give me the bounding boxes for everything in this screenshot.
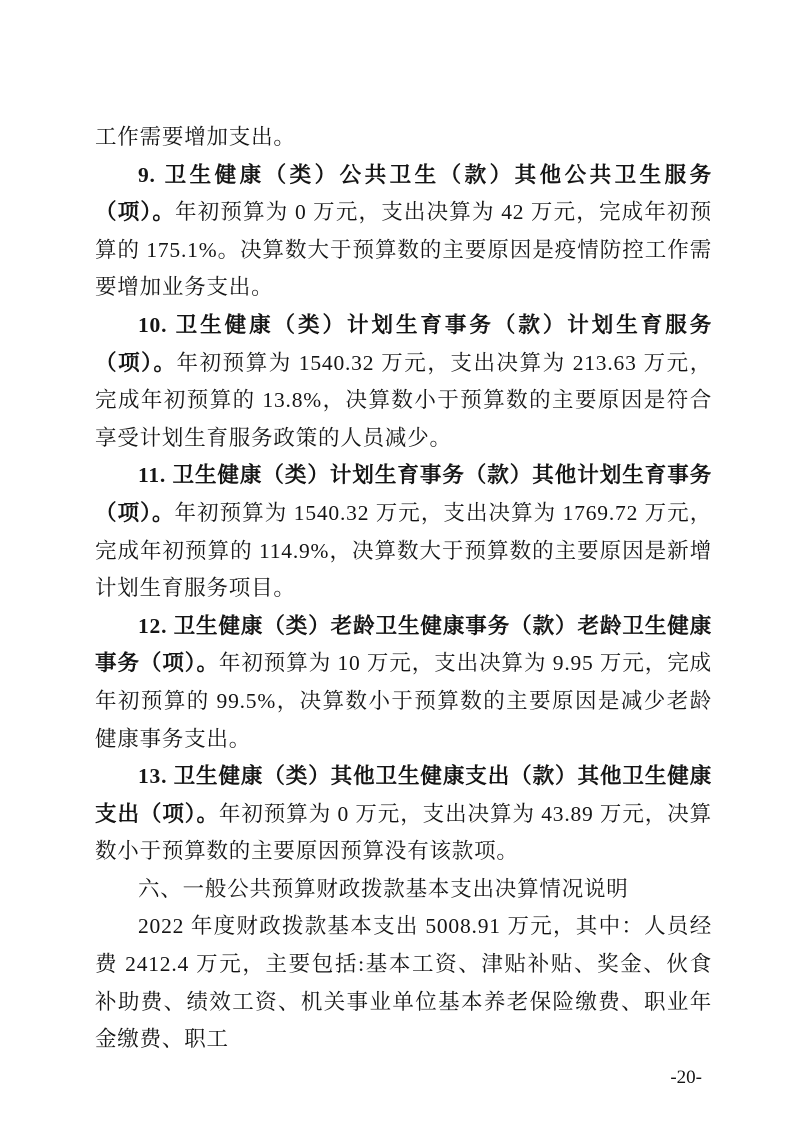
paragraph-carryover: 工作需要增加支出。 (95, 119, 712, 157)
text-segment: 2022 年度财政拨款基本支出 5008.91 万元，其中：人员经费 2412.… (95, 914, 712, 1051)
page-number: -20- (95, 1059, 712, 1097)
section-13: 13. 卫生健康（类）其他卫生健康支出（款）其他卫生健康支出（项）。年初预算为 … (95, 758, 712, 871)
text-segment: 年初预算为 1540.32 万元，支出决算为 213.63 万元，完成年初预算的… (95, 351, 712, 450)
basic-expenditure-paragraph: 2022 年度财政拨款基本支出 5008.91 万元，其中：人员经费 2412.… (95, 908, 712, 1058)
section-9: 9. 卫生健康（类）公共卫生（款）其他公共卫生服务（项）。年初预算为 0 万元，… (95, 157, 712, 307)
section-12: 12. 卫生健康（类）老龄卫生健康事务（款）老龄卫生健康事务（项）。年初预算为 … (95, 608, 712, 758)
text-segment: 工作需要增加支出。 (95, 125, 296, 149)
section-11: 11. 卫生健康（类）计划生育事务（款）其他计划生育事务（项）。年初预算为 15… (95, 457, 712, 607)
section-6-heading: 六、一般公共预算财政拨款基本支出决算情况说明 (95, 871, 712, 909)
document-page: 工作需要增加支出。9. 卫生健康（类）公共卫生（款）其他公共卫生服务（项）。年初… (0, 0, 793, 1122)
document-content: 工作需要增加支出。9. 卫生健康（类）公共卫生（款）其他公共卫生服务（项）。年初… (95, 119, 712, 1096)
section-10: 10. 卫生健康（类）计划生育事务（款）计划生育服务（项）。年初预算为 1540… (95, 307, 712, 457)
text-segment: 年初预算为 0 万元，支出决算为 42 万元，完成年初预算的 175.1%。决算… (95, 200, 712, 299)
text-segment: 六、一般公共预算财政拨款基本支出决算情况说明 (138, 877, 629, 901)
text-segment: 年初预算为 1540.32 万元，支出决算为 1769.72 万元，完成年初预算… (95, 501, 712, 600)
